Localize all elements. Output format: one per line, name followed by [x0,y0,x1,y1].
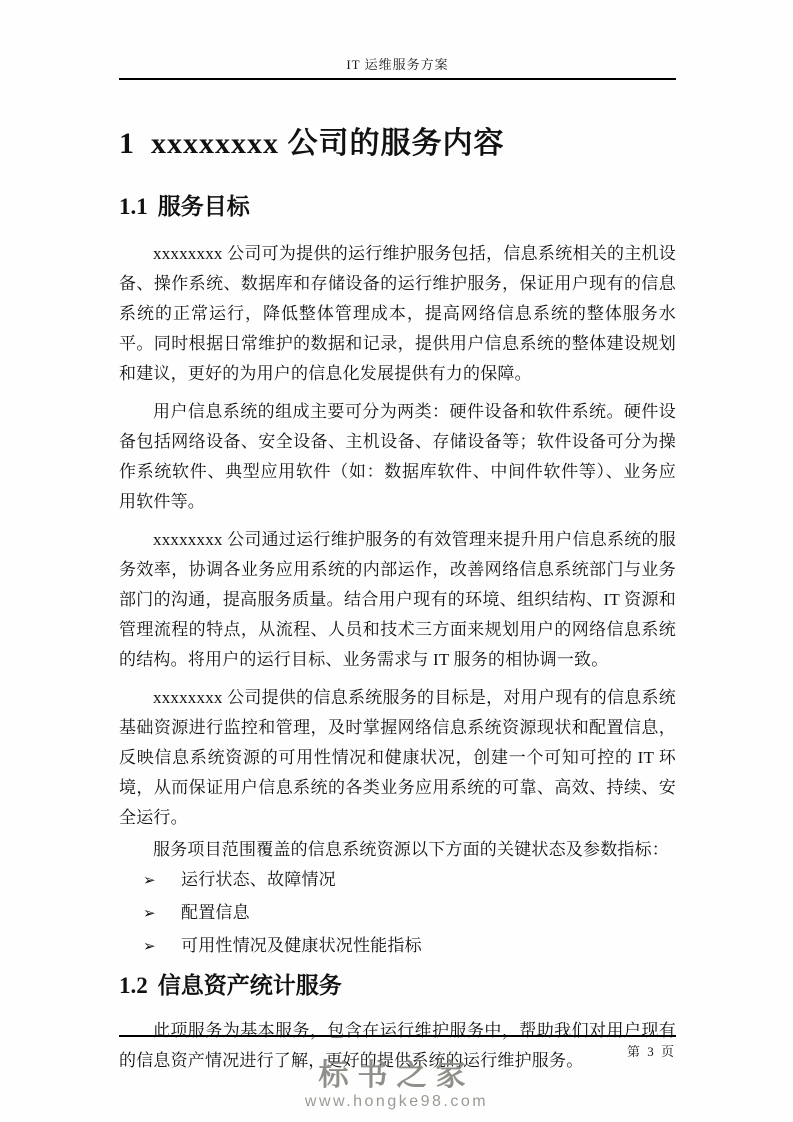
list-item: ➢可用性情况及健康状况性能指标 [143,931,676,962]
body-paragraph: xxxxxxxx 公司可为提供的运行维护服务包括，信息系统相关的主机设备、操作系… [119,239,676,389]
body-paragraph: 用户信息系统的组成主要可分为两类：硬件设备和软件系统。硬件设备包括网络设备、安全… [119,397,676,517]
watermark-title: 标书之家 [0,1060,793,1092]
list-item-label: 配置信息 [181,903,250,922]
chapter-number: 1 [119,126,135,162]
section-heading-1-2: 1.2信息资产统计服务 [119,972,676,1000]
page-header: IT 运维服务方案 [119,0,676,80]
list-item-label: 可用性情况及健康状况性能指标 [181,936,422,955]
list-item: ➢运行状态、故障情况 [143,865,676,896]
page-number: 第 3 页 [627,1044,676,1059]
body-paragraph: xxxxxxxx 公司提供的信息系统服务的目标是，对用户现有的信息系统基础资源进… [119,683,676,833]
section-number: 1.1 [119,193,148,221]
section-title: 信息资产统计服务 [158,973,342,998]
arrow-bullet-icon: ➢ [143,866,181,896]
watermark: 标书之家 www.hongke98.com [0,1060,793,1112]
section-heading-1-1: 1.1服务目标 [119,193,676,221]
arrow-bullet-icon: ➢ [143,899,181,929]
watermark-url: www.hongke98.com [0,1092,793,1112]
header-title: IT 运维服务方案 [346,57,448,72]
list-item: ➢配置信息 [143,898,676,929]
page-content: IT 运维服务方案 1xxxxxxxx 公司的服务内容 1.1服务目标 xxxx… [119,0,676,1076]
section-title: 服务目标 [158,194,250,219]
arrow-bullet-icon: ➢ [143,932,181,962]
chapter-heading: 1xxxxxxxx 公司的服务内容 [119,126,676,162]
page-footer: 第 3 页 [119,1035,676,1060]
section-number: 1.2 [119,972,148,1000]
bullet-list: ➢运行状态、故障情况 ➢配置信息 ➢可用性情况及健康状况性能指标 [119,865,676,962]
list-item-label: 运行状态、故障情况 [181,870,336,889]
list-intro: 服务项目范围覆盖的信息系统资源以下方面的关键状态及参数指标： [119,835,676,865]
body-paragraph: xxxxxxxx 公司通过运行维护服务的有效管理来提升用户信息系统的服务效率，协… [119,525,676,675]
chapter-title: xxxxxxxx 公司的服务内容 [151,127,505,160]
document-page: IT 运维服务方案 1xxxxxxxx 公司的服务内容 1.1服务目标 xxxx… [0,0,793,1122]
